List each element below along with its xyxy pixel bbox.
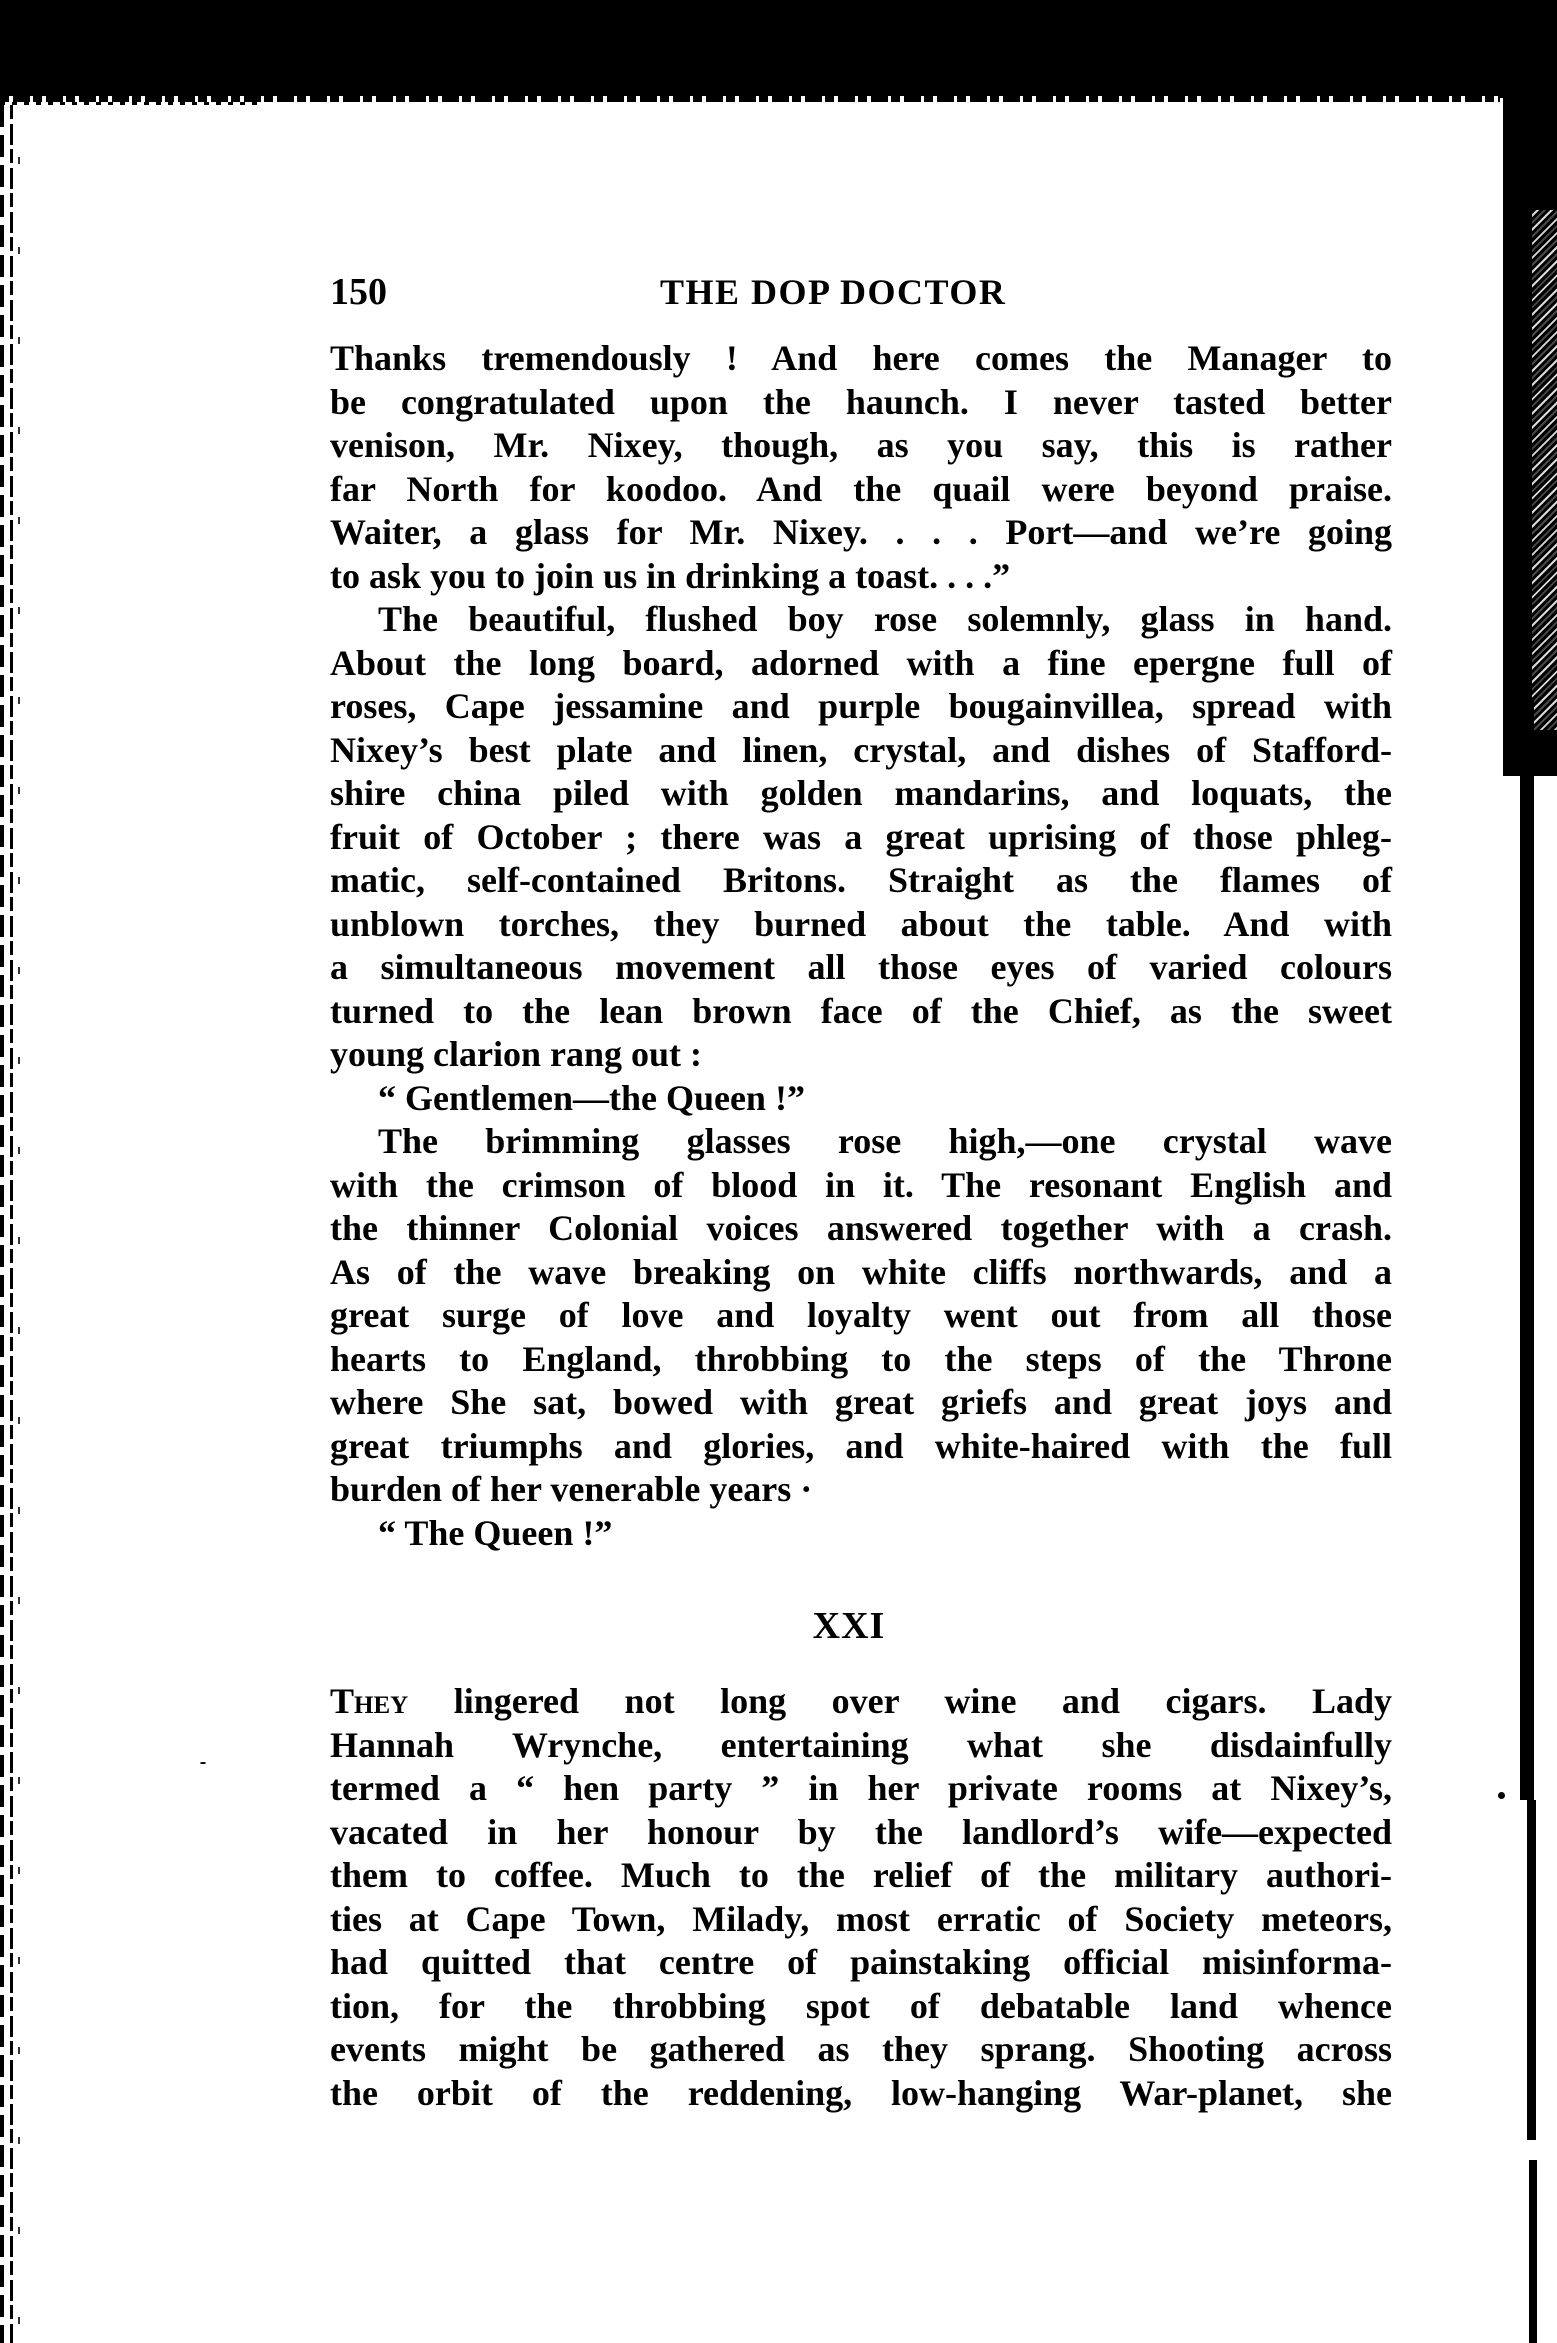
text-line: fruit of October ; there was a great upr… bbox=[330, 815, 1392, 859]
chapter-opening-word: They bbox=[330, 1681, 408, 1721]
scan-speck bbox=[1498, 1792, 1505, 1799]
text-line: young clarion rang out : bbox=[330, 1032, 1392, 1076]
text-line: unblown torches, they burned about the t… bbox=[330, 902, 1392, 946]
text-line: a simultaneous movement all those eyes o… bbox=[330, 945, 1392, 989]
text-line: hearts to England, throbbing to the step… bbox=[330, 1337, 1392, 1381]
paragraph-first-line: The beautiful, flushed boy rose solemnly… bbox=[378, 597, 1392, 641]
text-line: termed a “ hen party ” in her private ro… bbox=[330, 1766, 1392, 1810]
text-line: ties at Cape Town, Milady, most erratic … bbox=[330, 1897, 1392, 1941]
text-line: shire china piled with golden mandarins,… bbox=[330, 771, 1392, 815]
page-number: 150 bbox=[330, 270, 387, 314]
text-line: the thinner Colonial voices answered tog… bbox=[330, 1206, 1392, 1250]
scan-right-page-edge-lower bbox=[1527, 1800, 1536, 2140]
scan-page-top-edge-fragment bbox=[0, 102, 260, 105]
text-line: Nixey’s best plate and linen, crystal, a… bbox=[330, 728, 1392, 772]
text-line: Hannah Wrynche, entertaining what she di… bbox=[330, 1723, 1392, 1767]
text-line: events might be gathered as they sprang.… bbox=[330, 2027, 1392, 2071]
text-line: to ask you to join us in drinking a toas… bbox=[330, 554, 1392, 598]
quoted-toast: “ Gentlemen—the Queen !” bbox=[378, 1076, 1392, 1120]
text-line: Waiter, a glass for Mr. Nixey. . . . Por… bbox=[330, 510, 1392, 554]
text-line: far North for koodoo. And the quail were… bbox=[330, 467, 1392, 511]
text-line: had quitted that centre of painstaking o… bbox=[330, 1940, 1392, 1984]
text-line: vacated in her honour by the landlord’s … bbox=[330, 1810, 1392, 1854]
chapter-heading: XXI bbox=[808, 1604, 890, 1648]
scan-speck bbox=[200, 1762, 206, 1764]
scan-left-specks bbox=[16, 120, 30, 2340]
text-line: matic, self-contained Britons. Straight … bbox=[330, 858, 1392, 902]
text-line: About the long board, adorned with a fin… bbox=[330, 641, 1392, 685]
text-line: Thanks tremendously ! And here comes the… bbox=[330, 336, 1392, 380]
text-line: the orbit of the reddening, low-hanging … bbox=[330, 2071, 1392, 2115]
text-line: tion, for the throbbing spot of debatabl… bbox=[330, 1984, 1392, 2028]
text-line: burden of her venerable years · bbox=[330, 1467, 1392, 1511]
text-line: As of the wave breaking on white cliffs … bbox=[330, 1250, 1392, 1294]
scan-right-spine-texture bbox=[1532, 210, 1557, 730]
chapter-first-line-rest: lingered not long over wine and cigars. … bbox=[408, 1681, 1392, 1721]
text-line: roses, Cape jessamine and purple bougain… bbox=[330, 684, 1392, 728]
text-line: them to coffee. Much to the relief of th… bbox=[330, 1853, 1392, 1897]
scan-right-page-edge bbox=[1520, 700, 1534, 1800]
scan-top-border bbox=[0, 0, 1557, 98]
quoted-toast: “ The Queen !” bbox=[378, 1511, 1392, 1555]
scan-right-page-edge-bottom bbox=[1529, 2160, 1537, 2343]
running-title: THE DOP DOCTOR bbox=[660, 270, 1052, 314]
text-line: with the crimson of blood in it. The res… bbox=[330, 1163, 1392, 1207]
text-line: turned to the lean brown face of the Chi… bbox=[330, 989, 1392, 1033]
text-line: where She sat, bowed with great griefs a… bbox=[330, 1380, 1392, 1424]
text-line: great surge of love and loyalty went out… bbox=[330, 1293, 1392, 1337]
chapter-first-line: They lingered not long over wine and cig… bbox=[330, 1679, 1392, 1723]
text-line: venison, Mr. Nixey, though, as you say, … bbox=[330, 423, 1392, 467]
paragraph-first-line: The brimming glasses rose high,—one crys… bbox=[378, 1119, 1392, 1163]
text-line: be congratulated upon the haunch. I neve… bbox=[330, 380, 1392, 424]
text-line: great triumphs and glories, and white-ha… bbox=[330, 1424, 1392, 1468]
scan-left-binding-edge bbox=[0, 105, 16, 2343]
